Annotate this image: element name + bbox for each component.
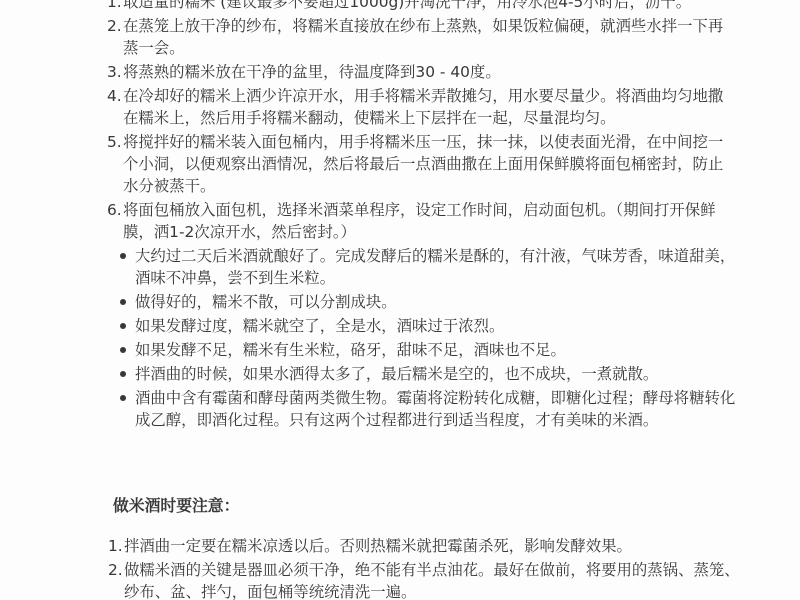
bullet-icon — [120, 291, 135, 305]
note-item: 如果发酵过度，糯米就空了，全是水，酒味过于浓烈。 — [0, 315, 800, 337]
note-text: 大约过二天后米酒就酿好了。完成发酵后的糯米是酥的，有汁液，气味芳香，味道甜美， … — [135, 245, 755, 289]
cautions-heading: 做米酒时要注意： — [113, 495, 800, 517]
step-number: 2. — [107, 15, 123, 37]
note-item: 大约过二天后米酒就酿好了。完成发酵后的糯米是酥的，有汁液，气味芳香，味道甜美， … — [0, 245, 800, 289]
caution-text: 做糯米酒的关键是器皿必须干净，绝不能有半点油花。最好在做前，将要用的蒸锅、蒸笼、… — [124, 559, 744, 600]
step-number: 5. — [107, 131, 123, 153]
document-page: 1. 取适量的糯米 (建议最多不要超过1000g)并淘洗干净，用冷水泡4-5小时… — [0, 0, 800, 600]
bullet-icon — [120, 339, 135, 353]
step-item: 1. 取适量的糯米 (建议最多不要超过1000g)并淘洗干净，用冷水泡4-5小时… — [0, 0, 800, 13]
step-item: 6. 将面包桶放入面包机，选择米酒菜单程序，设定工作时间，启动面包机。（期间打开… — [0, 199, 800, 243]
step-text: 将蒸熟的糯米放在干净的盆里，待温度降到30 - 40度。 — [123, 61, 743, 83]
caution-item: 1. 拌酒曲一定要在糯米凉透以后。否则热糯米就把霉菌杀死，影响发酵效果。 — [0, 535, 800, 557]
step-text: 取适量的糯米 (建议最多不要超过1000g)并淘洗干净，用冷水泡4-5小时后，沥… — [123, 0, 743, 13]
bullet-icon — [120, 315, 135, 329]
bullet-icon — [120, 363, 135, 377]
caution-item: 2. 做糯米酒的关键是器皿必须干净，绝不能有半点油花。最好在做前，将要用的蒸锅、… — [0, 559, 800, 600]
note-item: 如果发酵不足，糯米有生米粒，硌牙，甜味不足，酒味也不足。 — [0, 339, 800, 361]
note-text: 拌酒曲的时候，如果水洒得太多了，最后糯米是空的，也不成块，一煮就散。 — [135, 363, 755, 385]
step-text: 在冷却好的糯米上洒少许凉开水，用手将糯米弄散摊匀，用水要尽量少。将酒曲均匀地撒 … — [123, 85, 743, 129]
step-text: 将面包桶放入面包机，选择米酒菜单程序，设定工作时间，启动面包机。（期间打开保鲜 … — [123, 199, 743, 243]
step-number: 4. — [107, 85, 123, 107]
step-item: 3. 将蒸熟的糯米放在干净的盆里，待温度降到30 - 40度。 — [0, 61, 800, 83]
step-item: 4. 在冷却好的糯米上洒少许凉开水，用手将糯米弄散摊匀，用水要尽量少。将酒曲均匀… — [0, 85, 800, 129]
notes-list: 大约过二天后米酒就酿好了。完成发酵后的糯米是酥的，有汁液，气味芳香，味道甜美， … — [0, 245, 800, 431]
step-text: 将搅拌好的糯米装入面包桶内，用手将糯米压一压，抹一抹，以使表面光滑，在中间挖一 … — [123, 131, 743, 197]
step-item: 5. 将搅拌好的糯米装入面包桶内，用手将糯米压一压，抹一抹，以使表面光滑，在中间… — [0, 131, 800, 197]
step-item: 2. 在蒸笼上放干净的纱布，将糯米直接放在纱布上蒸熟，如果饭粒偏硬，就洒些水拌一… — [0, 15, 800, 59]
step-text: 在蒸笼上放干净的纱布，将糯米直接放在纱布上蒸熟，如果饭粒偏硬，就洒些水拌一下再 … — [123, 15, 743, 59]
bullet-icon — [120, 245, 135, 259]
step-number: 3. — [107, 61, 123, 83]
caution-text: 拌酒曲一定要在糯米凉透以后。否则热糯米就把霉菌杀死，影响发酵效果。 — [124, 535, 744, 557]
cautions-list: 1. 拌酒曲一定要在糯米凉透以后。否则热糯米就把霉菌杀死，影响发酵效果。 2. … — [0, 535, 800, 600]
steps-list: 1. 取适量的糯米 (建议最多不要超过1000g)并淘洗干净，用冷水泡4-5小时… — [0, 0, 800, 243]
note-text: 做得好的，糯米不散，可以分割成块。 — [135, 291, 755, 313]
note-item: 做得好的，糯米不散，可以分割成块。 — [0, 291, 800, 313]
bullet-icon — [120, 387, 135, 401]
caution-number: 1. — [108, 535, 124, 557]
note-text: 如果发酵过度，糯米就空了，全是水，酒味过于浓烈。 — [135, 315, 755, 337]
note-item: 酒曲中含有霉菌和酵母菌两类微生物。霉菌将淀粉转化成糖，即糖化过程；酵母将糖转化 … — [0, 387, 800, 431]
note-text: 如果发酵不足，糯米有生米粒，硌牙，甜味不足，酒味也不足。 — [135, 339, 755, 361]
step-number: 6. — [107, 199, 123, 221]
step-number: 1. — [107, 0, 123, 13]
note-item: 拌酒曲的时候，如果水洒得太多了，最后糯米是空的，也不成块，一煮就散。 — [0, 363, 800, 385]
note-text: 酒曲中含有霉菌和酵母菌两类微生物。霉菌将淀粉转化成糖，即糖化过程；酵母将糖转化 … — [135, 387, 755, 431]
caution-number: 2. — [108, 559, 124, 581]
